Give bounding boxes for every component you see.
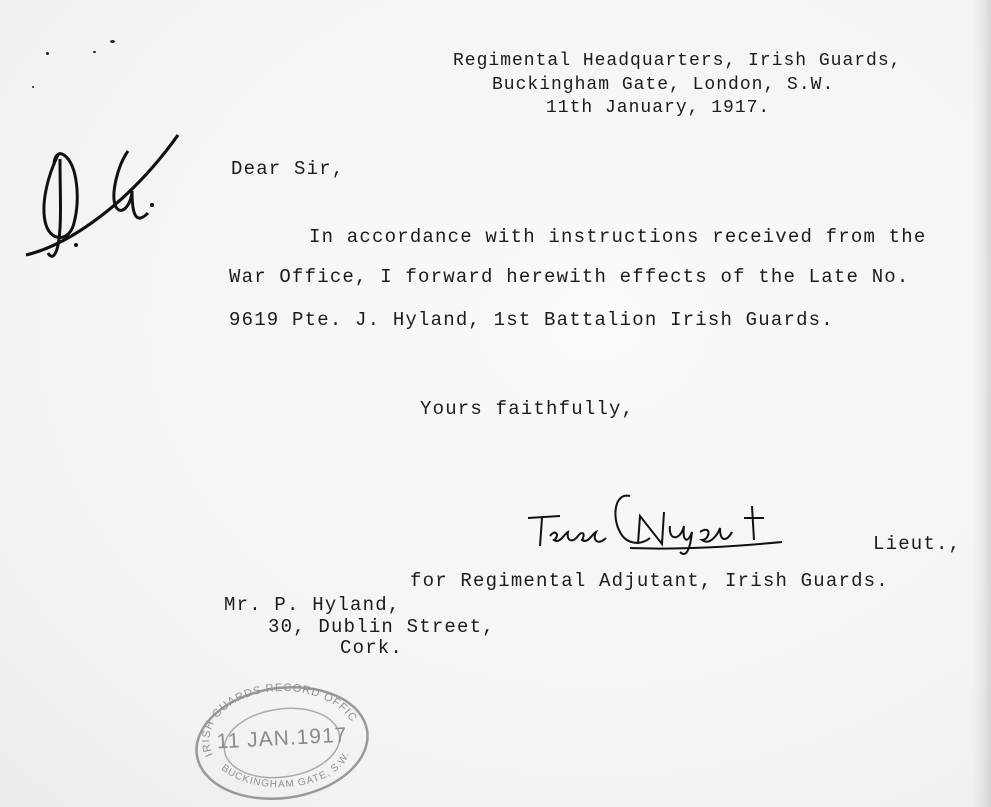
letter-page: P.A. Regimental Headquarters, Irish Guar… (0, 0, 991, 807)
salutation: Dear Sir, (231, 158, 344, 180)
handwritten-initials: P.A. (18, 95, 198, 265)
ink-speck (93, 51, 96, 53)
header-line-1: Regimental Headquarters, Irish Guards, (453, 50, 901, 72)
header-line-2: Buckingham Gate, London, S.W. (492, 74, 834, 96)
ink-speck (32, 86, 34, 88)
signatory-rank: Lieut., (873, 533, 961, 555)
recipient-city: Cork. (340, 637, 403, 659)
recipient-street: 30, Dublin Street, (268, 616, 495, 638)
body-line-3: 9619 Pte. J. Hyland, 1st Battalion Irish… (229, 309, 834, 331)
letter-date: 11th January, 1917. (546, 97, 770, 119)
closing: Yours faithfully, (420, 398, 634, 420)
signatory-title: for Regimental Adjutant, Irish Guards. (410, 570, 889, 592)
recipient-name: Mr. P. Hyland, (224, 594, 400, 616)
record-office-stamp: IRISH GUARDS RECORD OFFICE BUCKINGHAM GA… (193, 683, 371, 801)
ink-speck (110, 40, 115, 43)
handwritten-signature: Terence Nugent (520, 488, 820, 568)
page-edge-shadow (973, 0, 991, 807)
body-line-2: War Office, I forward herewith effects o… (229, 266, 910, 288)
ink-speck (46, 52, 49, 55)
body-line-1: In accordance with instructions received… (309, 226, 927, 248)
